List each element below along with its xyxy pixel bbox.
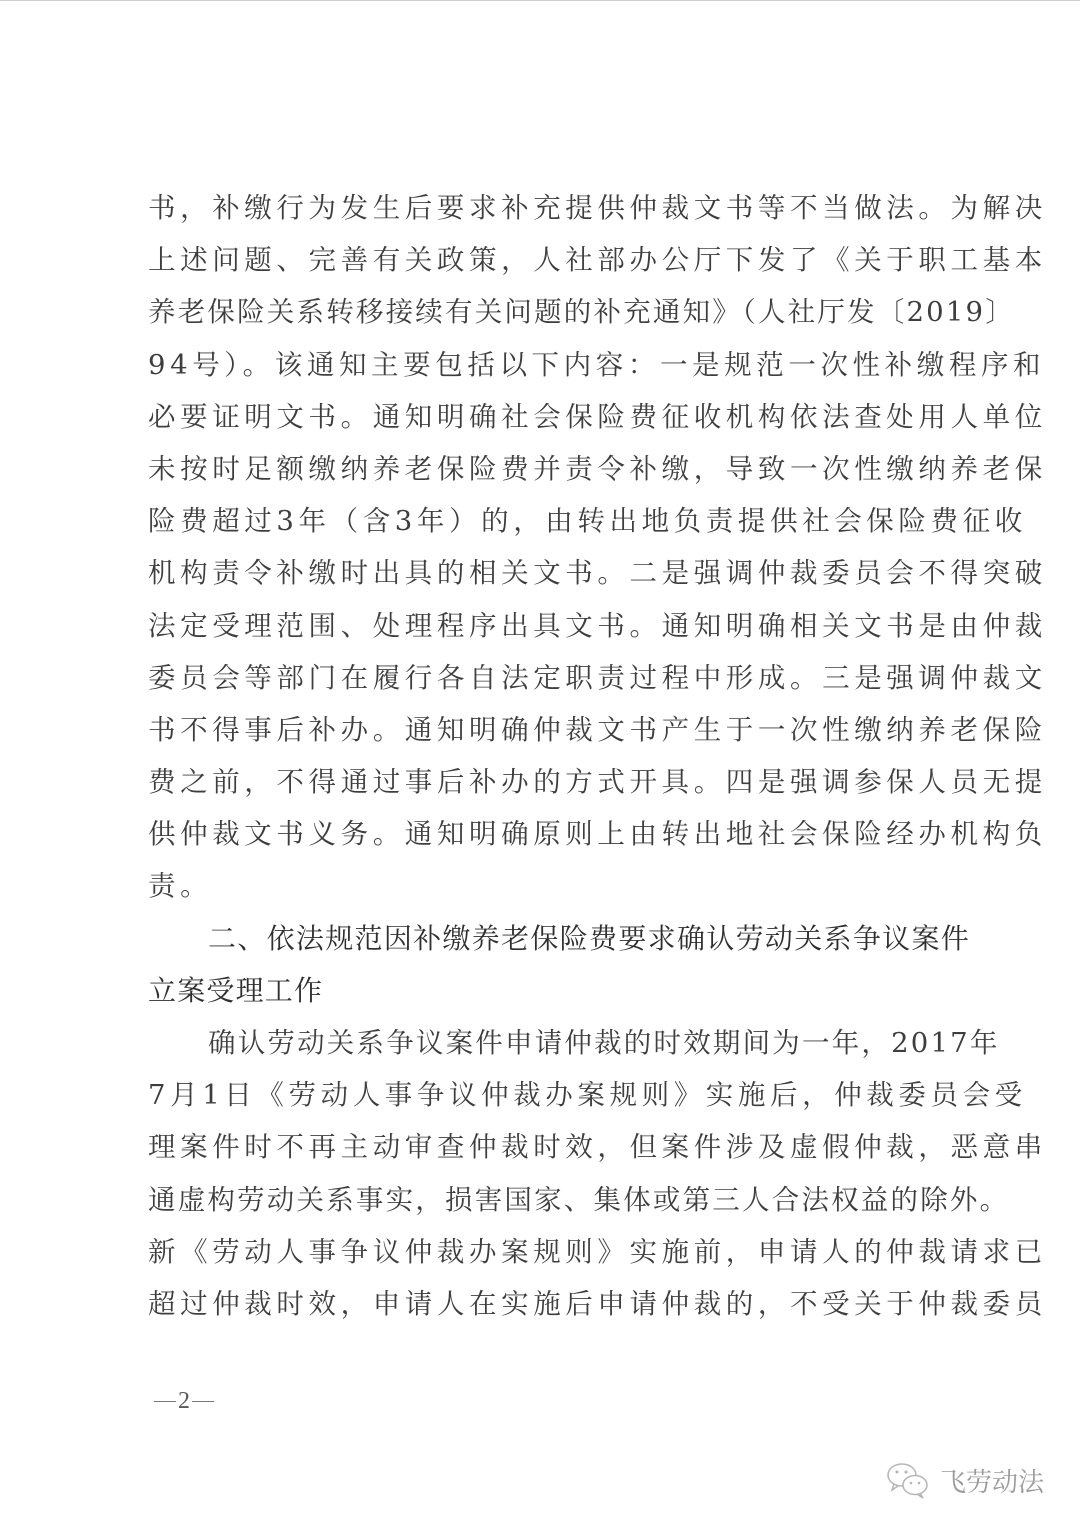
body-line: 法定受理范围、处理程序出具文书。通知明确相关文书是由仲裁: [148, 600, 970, 652]
body-line: 书，补缴行为发生后要求补充提供仲裁文书等不当做法。为解决: [148, 182, 970, 234]
body-line: 上述问题、完善有关政策，人社部办公厅下发了《关于职工基本: [148, 234, 970, 286]
watermark: 飞劳动法: [886, 1460, 1044, 1500]
body-line: 供仲裁文书义务。通知明确原则上由转出地社会保险经办机构负: [148, 808, 970, 860]
page-number-value: 2: [178, 1388, 190, 1415]
body-line: 费之前，不得通过事后补办的方式开具。四是强调参保人员无提: [148, 756, 970, 808]
dash-left: [154, 1401, 176, 1402]
page-number: 2: [152, 1388, 216, 1415]
document-page: 书，补缴行为发生后要求补充提供仲裁文书等不当做法。为解决 上述问题、完善有关政策…: [148, 182, 970, 1330]
page-top-border: [0, 0, 1080, 1]
body-line: 书不得事后补办。通知明确仲裁文书产生于一次性缴纳养老保险: [148, 704, 970, 756]
section-heading: 立案受理工作: [148, 965, 970, 1017]
dash-right: [192, 1401, 214, 1402]
section-heading: 二、依法规范因补缴养老保险费要求确认劳动关系争议案件: [148, 913, 970, 965]
wechat-icon: [886, 1460, 930, 1500]
body-line: 责。: [148, 860, 970, 912]
body-line: 未按时足额缴纳养老保险费并责令补缴，导致一次性缴纳养老保: [148, 443, 970, 495]
section-body-line: 超过仲裁时效，申请人在实施后申请仲裁的，不受关于仲裁委员: [148, 1278, 970, 1330]
section-body-line: 7月1日《劳动人事争议仲裁办案规则》实施后，仲裁委员会受: [148, 1069, 970, 1121]
section-body-line: 理案件时不再主动审查仲裁时效，但案件涉及虚假仲裁，恶意串: [148, 1121, 970, 1173]
body-line: 机构责令补缴时出具的相关文书。二是强调仲裁委员会不得突破: [148, 547, 970, 599]
body-line: 94号）。该通知主要包括以下内容：一是规范一次性补缴程序和: [148, 339, 970, 391]
section-body-line: 新《劳动人事争议仲裁办案规则》实施前，申请人的仲裁请求已: [148, 1226, 970, 1278]
section-body-line: 确认劳动关系争议案件申请仲裁的时效期间为一年，2017年: [148, 1017, 970, 1069]
body-line: 委员会等部门在履行各自法定职责过程中形成。三是强调仲裁文: [148, 652, 970, 704]
watermark-text: 飞劳动法: [940, 1462, 1044, 1499]
section-body-line: 通虚构劳动关系事实，损害国家、集体或第三人合法权益的除外。: [148, 1174, 970, 1226]
body-line: 养老保险关系转移接续有关问题的补充通知》（人社厅发〔2019〕: [148, 286, 970, 338]
body-line: 必要证明文书。通知明确社会保险费征收机构依法查处用人单位: [148, 391, 970, 443]
body-line: 险费超过3年（含3年）的，由转出地负责提供社会保险费征收: [148, 495, 970, 547]
